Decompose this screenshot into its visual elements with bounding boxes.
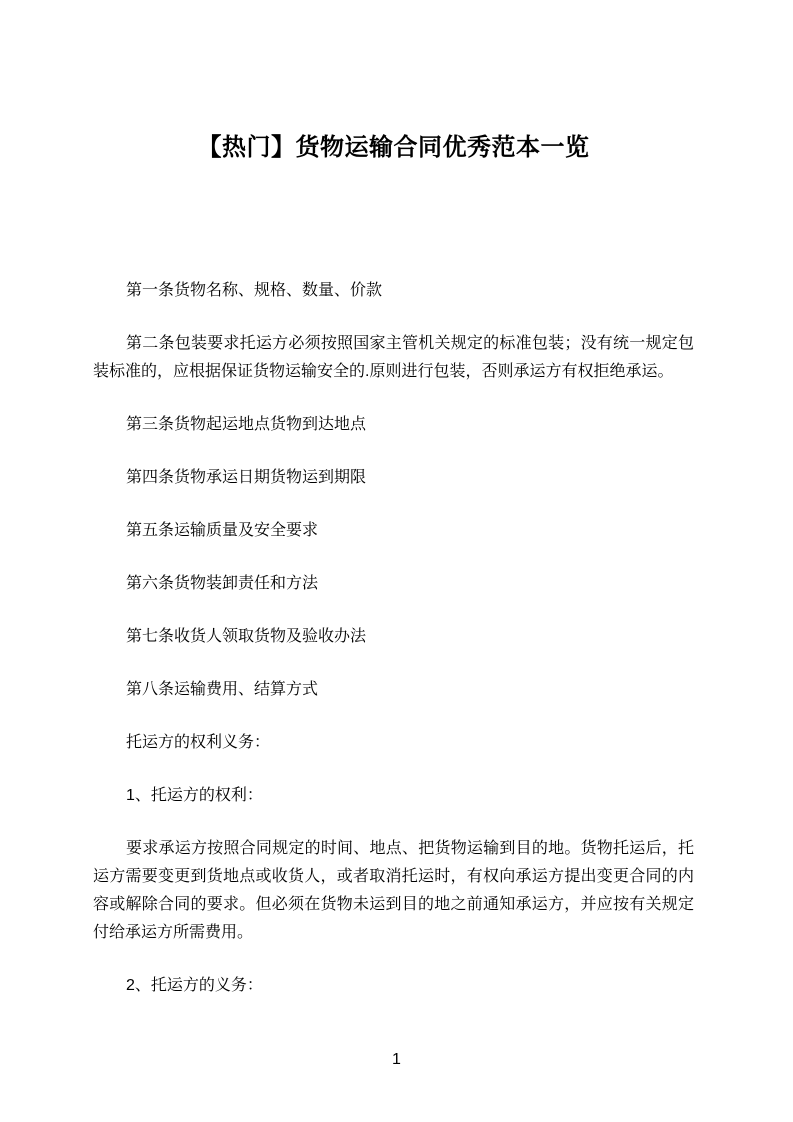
paragraph-shipper-rights-heading: 1、托运方的权利： <box>93 782 694 810</box>
paragraph-shipper-obligations-heading: 2、托运方的义务： <box>93 972 694 1000</box>
paragraph-clause-8: 第八条运输费用、结算方式 <box>93 676 694 704</box>
paragraph-clause-7: 第七条收货人领取货物及验收办法 <box>93 623 694 651</box>
paragraph-shipper-rights-obligations-heading: 托运方的权利义务： <box>93 729 694 757</box>
document-page: 【热门】货物运输合同优秀范本一览 第一条货物名称、规格、数量、价款 第二条包装要… <box>0 0 793 1122</box>
paragraph-clause-2: 第二条包装要求托运方必须按照国家主管机关规定的标准包装；没有统一规定包装标准的，… <box>93 330 694 386</box>
document-content: 【热门】货物运输合同优秀范本一览 第一条货物名称、规格、数量、价款 第二条包装要… <box>93 0 694 1025</box>
paragraph-clause-3: 第三条货物起运地点货物到达地点 <box>93 411 694 439</box>
paragraph-clause-6: 第六条货物装卸责任和方法 <box>93 570 694 598</box>
paragraph-clause-1: 第一条货物名称、规格、数量、价款 <box>93 277 694 305</box>
paragraph-clause-4: 第四条货物承运日期货物运到期限 <box>93 464 694 492</box>
paragraph-shipper-rights-body: 要求承运方按照合同规定的时间、地点、把货物运输到目的地。货物托运后，托运方需要变… <box>93 835 694 947</box>
paragraph-clause-5: 第五条运输质量及安全要求 <box>93 517 694 545</box>
page-number: 1 <box>0 1050 793 1070</box>
document-title: 【热门】货物运输合同优秀范本一览 <box>93 132 694 164</box>
